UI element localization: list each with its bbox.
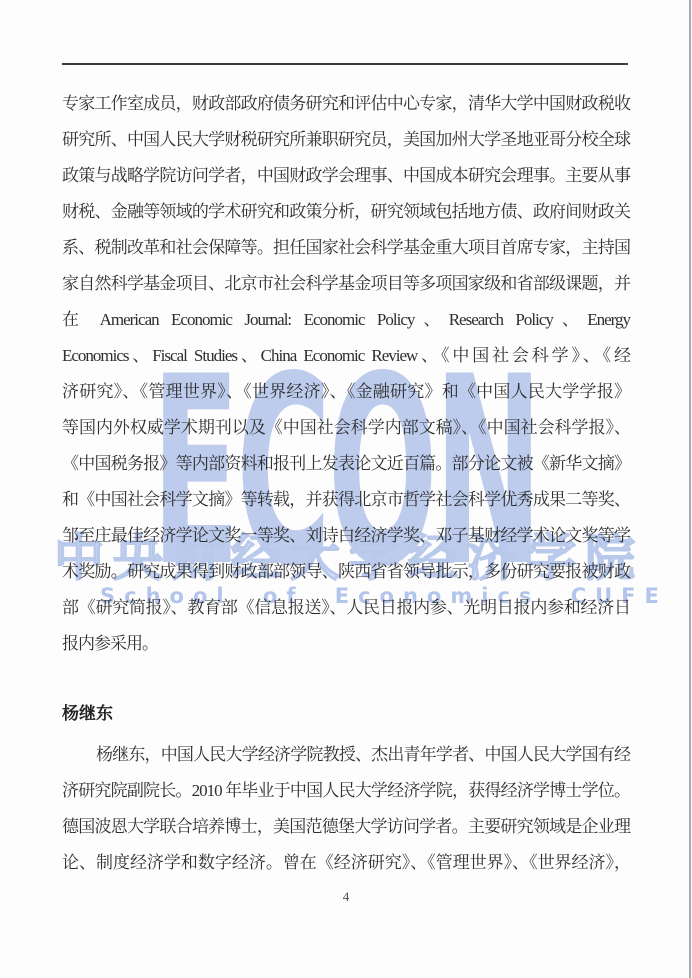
text-line: 家自然科学基金项目、北京市社会科学基金项目等多项国家级和省部级课题，并: [62, 266, 630, 302]
document-page: ECON 中央财经大学经济学院 School of Economics CUFE…: [0, 0, 692, 978]
text-line: 济研究》、《管理世界》、《世界经济》、《金融研究》和《中国人民大学学报》: [62, 374, 630, 410]
header-rule: [62, 63, 628, 65]
text-line: 研究所、中国人民大学财税研究所兼职研究员，美国加州大学圣地亚哥分校全球: [62, 122, 630, 158]
text-line: Economics、Fiscal Studies、China Economic …: [62, 338, 630, 374]
text-line: 《中国税务报》等内部资料和报刊上发表论文近百篇。部分论文被《新华文摘》: [62, 446, 630, 482]
text-line: 报内参采用。: [62, 626, 630, 662]
scan-edge-line: [689, 0, 691, 978]
text-line: 德国波恩大学联合培养博士，美国范德堡大学访问学者。主要研究领域是企业理: [62, 809, 630, 845]
text-line: 济研究院副院长。2010 年毕业于中国人民大学经济学院，获得经济学博士学位。: [62, 773, 630, 809]
page-number: 4: [0, 889, 692, 905]
text-line: 和《中国社会科学文摘》等转载，并获得北京市哲学社会科学优秀成果二等奖、: [62, 482, 630, 518]
text-line: 专家工作室成员，财政部政府债务研究和评估中心专家，清华大学中国财政税收: [62, 86, 630, 122]
bio-paragraph-2: 杨继东，中国人民大学经济学院教授、杰出青年学者、中国人民大学国有经 济研究院副院…: [62, 737, 630, 881]
bio-paragraph-1: 专家工作室成员，财政部政府债务研究和评估中心专家，清华大学中国财政税收 研究所、…: [62, 86, 630, 662]
text-line: 部《研究简报》、教育部《信息报送》、人民日报内参、光明日报内参和经济日: [62, 590, 630, 626]
text-line: 术奖励。研究成果得到财政部部领导、陕西省省领导批示，多份研究要报被财政: [62, 554, 630, 590]
text-line: 等国内外权威学术期刊以及《中国社会科学内部文稿》、《中国社会科学报》、: [62, 410, 630, 446]
text-line: 政策与战略学院访问学者，中国财政学会理事、中国成本研究会理事。主要从事: [62, 158, 630, 194]
text-line: 杨继东，中国人民大学经济学院教授、杰出青年学者、中国人民大学国有经: [62, 737, 630, 773]
text-line: 系、税制改革和社会保障等。担任国家社会科学基金重大项目首席专家，主持国: [62, 230, 630, 266]
text-line: 财税、金融等领域的学术研究和政策分析，研究领域包括地方债、政府间财政关: [62, 194, 630, 230]
section-heading-yang-jidong: 杨继东: [62, 696, 113, 732]
text-line: 邹至庄最佳经济学论文奖一等奖、刘诗白经济学奖、邓子基财经学术论文奖等学: [62, 518, 630, 554]
text-line: 论、制度经济学和数字经济。曾在《经济研究》、《管理世界》、《世界经济》，: [62, 845, 630, 881]
text-line: 在 American Economic Journal: Economic Po…: [62, 302, 630, 338]
page-content: 专家工作室成员，财政部政府债务研究和评估中心专家，清华大学中国财政税收 研究所、…: [0, 0, 692, 978]
